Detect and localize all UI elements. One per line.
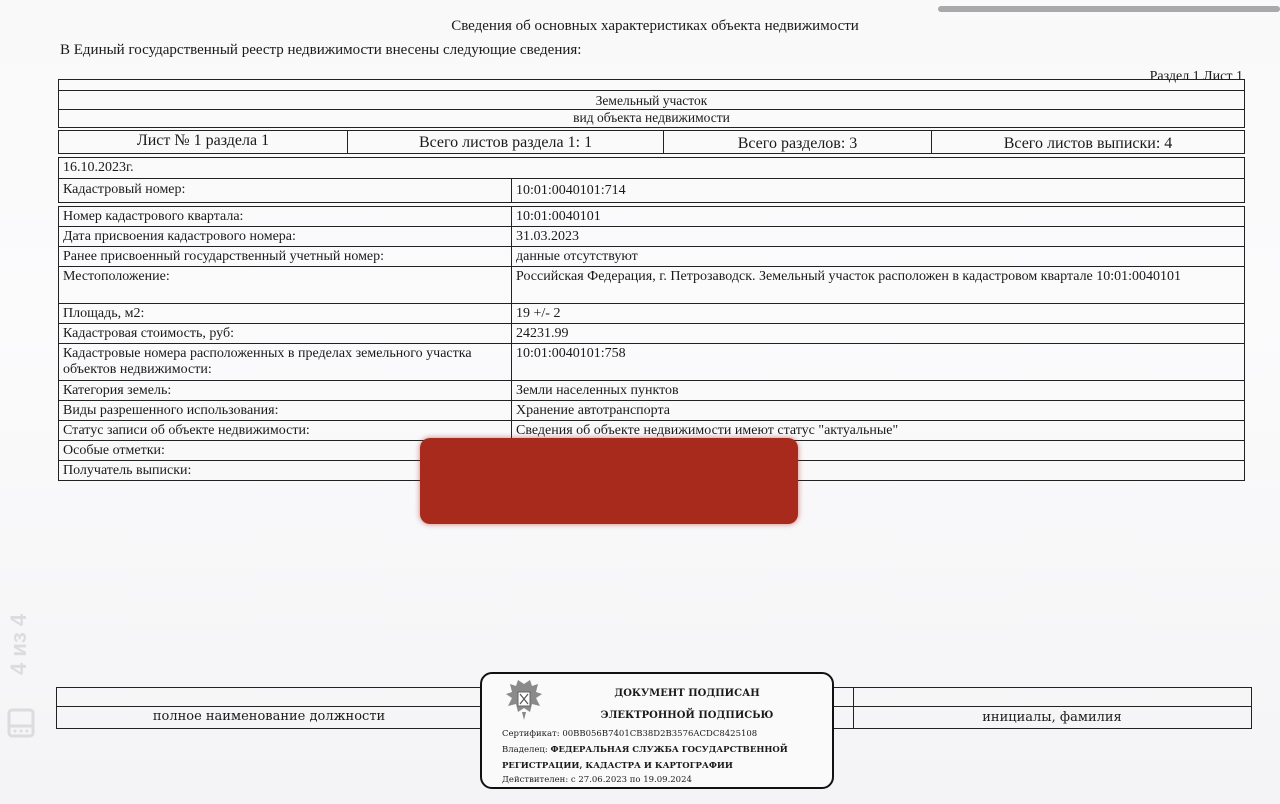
- name-caption: инициалы, фамилия: [852, 710, 1252, 725]
- field-value: данные отсутствуют: [511, 247, 1244, 266]
- cadastral-number-value: 10:01:0040101:714: [511, 179, 1244, 202]
- valid-value: с 27.06.2023 по 19.09.2024: [571, 775, 692, 785]
- table-row: Категория земель: Земли населенных пункт…: [59, 381, 1244, 401]
- page-counter-text: 4 из 4: [6, 596, 36, 692]
- electronic-signature-stamp: ДОКУМЕНТ ПОДПИСАН ЭЛЕКТРОННОЙ ПОДПИСЬЮ С…: [480, 672, 834, 789]
- field-value: 10:01:0040101:758: [511, 344, 1244, 380]
- field-label: Категория земель:: [59, 381, 511, 400]
- object-type-caption-row: вид объекта недвижимости: [59, 110, 1244, 127]
- object-type-table: Земельный участок вид объекта недвижимос…: [58, 79, 1245, 128]
- owner-line: Владелец: ФЕДЕРАЛЬНАЯ СЛУЖБА ГОСУДАРСТВЕ…: [502, 745, 788, 755]
- document-intro: В Единый государственный реестр недвижим…: [60, 42, 581, 59]
- date-row: 16.10.2023г.: [59, 158, 1244, 179]
- object-type: Земельный участок: [59, 91, 1244, 109]
- divider: [833, 706, 1251, 707]
- pages-icon[interactable]: [7, 708, 35, 738]
- owner-line-2: РЕГИСТРАЦИИ, КАДАСТРА И КАРТОГРАФИИ: [502, 761, 733, 771]
- field-label: Виды разрешенного использования:: [59, 401, 511, 420]
- field-value: Земли населенных пунктов: [511, 381, 1244, 400]
- field-label: Кадастровые номера расположенных в преде…: [59, 344, 511, 380]
- coat-of-arms-icon: [504, 678, 544, 722]
- header-info-table: 16.10.2023г. Кадастровый номер: 10:01:00…: [58, 157, 1245, 203]
- field-value: 24231.99: [511, 324, 1244, 343]
- horizontal-scrollbar[interactable]: [938, 6, 1280, 12]
- blank-row: [59, 80, 1244, 91]
- validity-line: Действителен: с 27.06.2023 по 19.09.2024: [502, 775, 692, 785]
- field-value: Российская Федерация, г. Петрозаводск. З…: [511, 267, 1244, 303]
- sheets-in-section: Всего листов раздела 1: 1: [347, 131, 663, 153]
- field-label: Дата присвоения кадастрового номера:: [59, 227, 511, 246]
- sheet-number: Лист № 1 раздела 1: [59, 131, 347, 153]
- valid-label: Действителен:: [502, 775, 568, 785]
- field-label: Площадь, м2:: [59, 304, 511, 323]
- sheet-info-table: Лист № 1 раздела 1 Всего листов раздела …: [58, 130, 1245, 154]
- table-row: Ранее присвоенный государственный учетны…: [59, 247, 1244, 267]
- object-type-caption: вид объекта недвижимости: [59, 110, 1244, 127]
- sections-total: Всего разделов: 3: [663, 131, 931, 153]
- table-row: Дата присвоения кадастрового номера: 31.…: [59, 227, 1244, 247]
- object-type-row: Земельный участок: [59, 91, 1244, 110]
- owner-value-2: РЕГИСТРАЦИИ, КАДАСТРА И КАРТОГРАФИИ: [502, 761, 733, 771]
- field-label: Местоположение:: [59, 267, 511, 303]
- table-row: Кадастровая стоимость, руб: 24231.99: [59, 324, 1244, 344]
- table-row: Номер кадастрового квартала: 10:01:00401…: [59, 207, 1244, 227]
- sheets-total: Всего листов выписки: 4: [931, 131, 1244, 153]
- table-row: Местоположение: Российская Федерация, г.…: [59, 267, 1244, 304]
- stamp-line2: ЭЛЕКТРОННОЙ ПОДПИСЬЮ: [542, 710, 832, 721]
- extract-date: 16.10.2023г.: [59, 158, 1244, 178]
- stamp-line1: ДОКУМЕНТ ПОДПИСАН: [542, 688, 832, 699]
- table-row: Площадь, м2: 19 +/- 2: [59, 304, 1244, 324]
- owner-label: Владелец:: [502, 745, 548, 755]
- document-title: Сведения об основных характеристиках объ…: [0, 18, 1280, 35]
- field-value: 19 +/- 2: [511, 304, 1244, 323]
- document-page: Сведения об основных характеристиках объ…: [0, 0, 1280, 804]
- field-label: Ранее присвоенный государственный учетны…: [59, 247, 511, 266]
- cadastral-number-label: Кадастровый номер:: [59, 179, 511, 202]
- field-value: Хранение автотранспорта: [511, 401, 1244, 420]
- certificate-label: Сертификат:: [502, 729, 560, 739]
- cadastral-number-row: Кадастровый номер: 10:01:0040101:714: [59, 179, 1244, 202]
- field-label: Кадастровая стоимость, руб:: [59, 324, 511, 343]
- field-value: 31.03.2023: [511, 227, 1244, 246]
- redaction-mark: [420, 438, 798, 524]
- page-counter: 4 из 4: [6, 596, 36, 746]
- certificate-value: 00BB056B7401CB38D2B3576ACDC8425108: [562, 729, 757, 739]
- certificate-line: Сертификат: 00BB056B7401CB38D2B3576ACDC8…: [502, 729, 757, 739]
- owner-value-1: ФЕДЕРАЛЬНАЯ СЛУЖБА ГОСУДАРСТВЕННОЙ: [550, 745, 787, 755]
- position-caption: полное наименование должности: [56, 709, 482, 724]
- table-row: Виды разрешенного использования: Хранени…: [59, 401, 1244, 421]
- field-label: Номер кадастрового квартала:: [59, 207, 511, 226]
- table-row: Кадастровые номера расположенных в преде…: [59, 344, 1244, 381]
- field-value: 10:01:0040101: [511, 207, 1244, 226]
- divider: [57, 706, 481, 707]
